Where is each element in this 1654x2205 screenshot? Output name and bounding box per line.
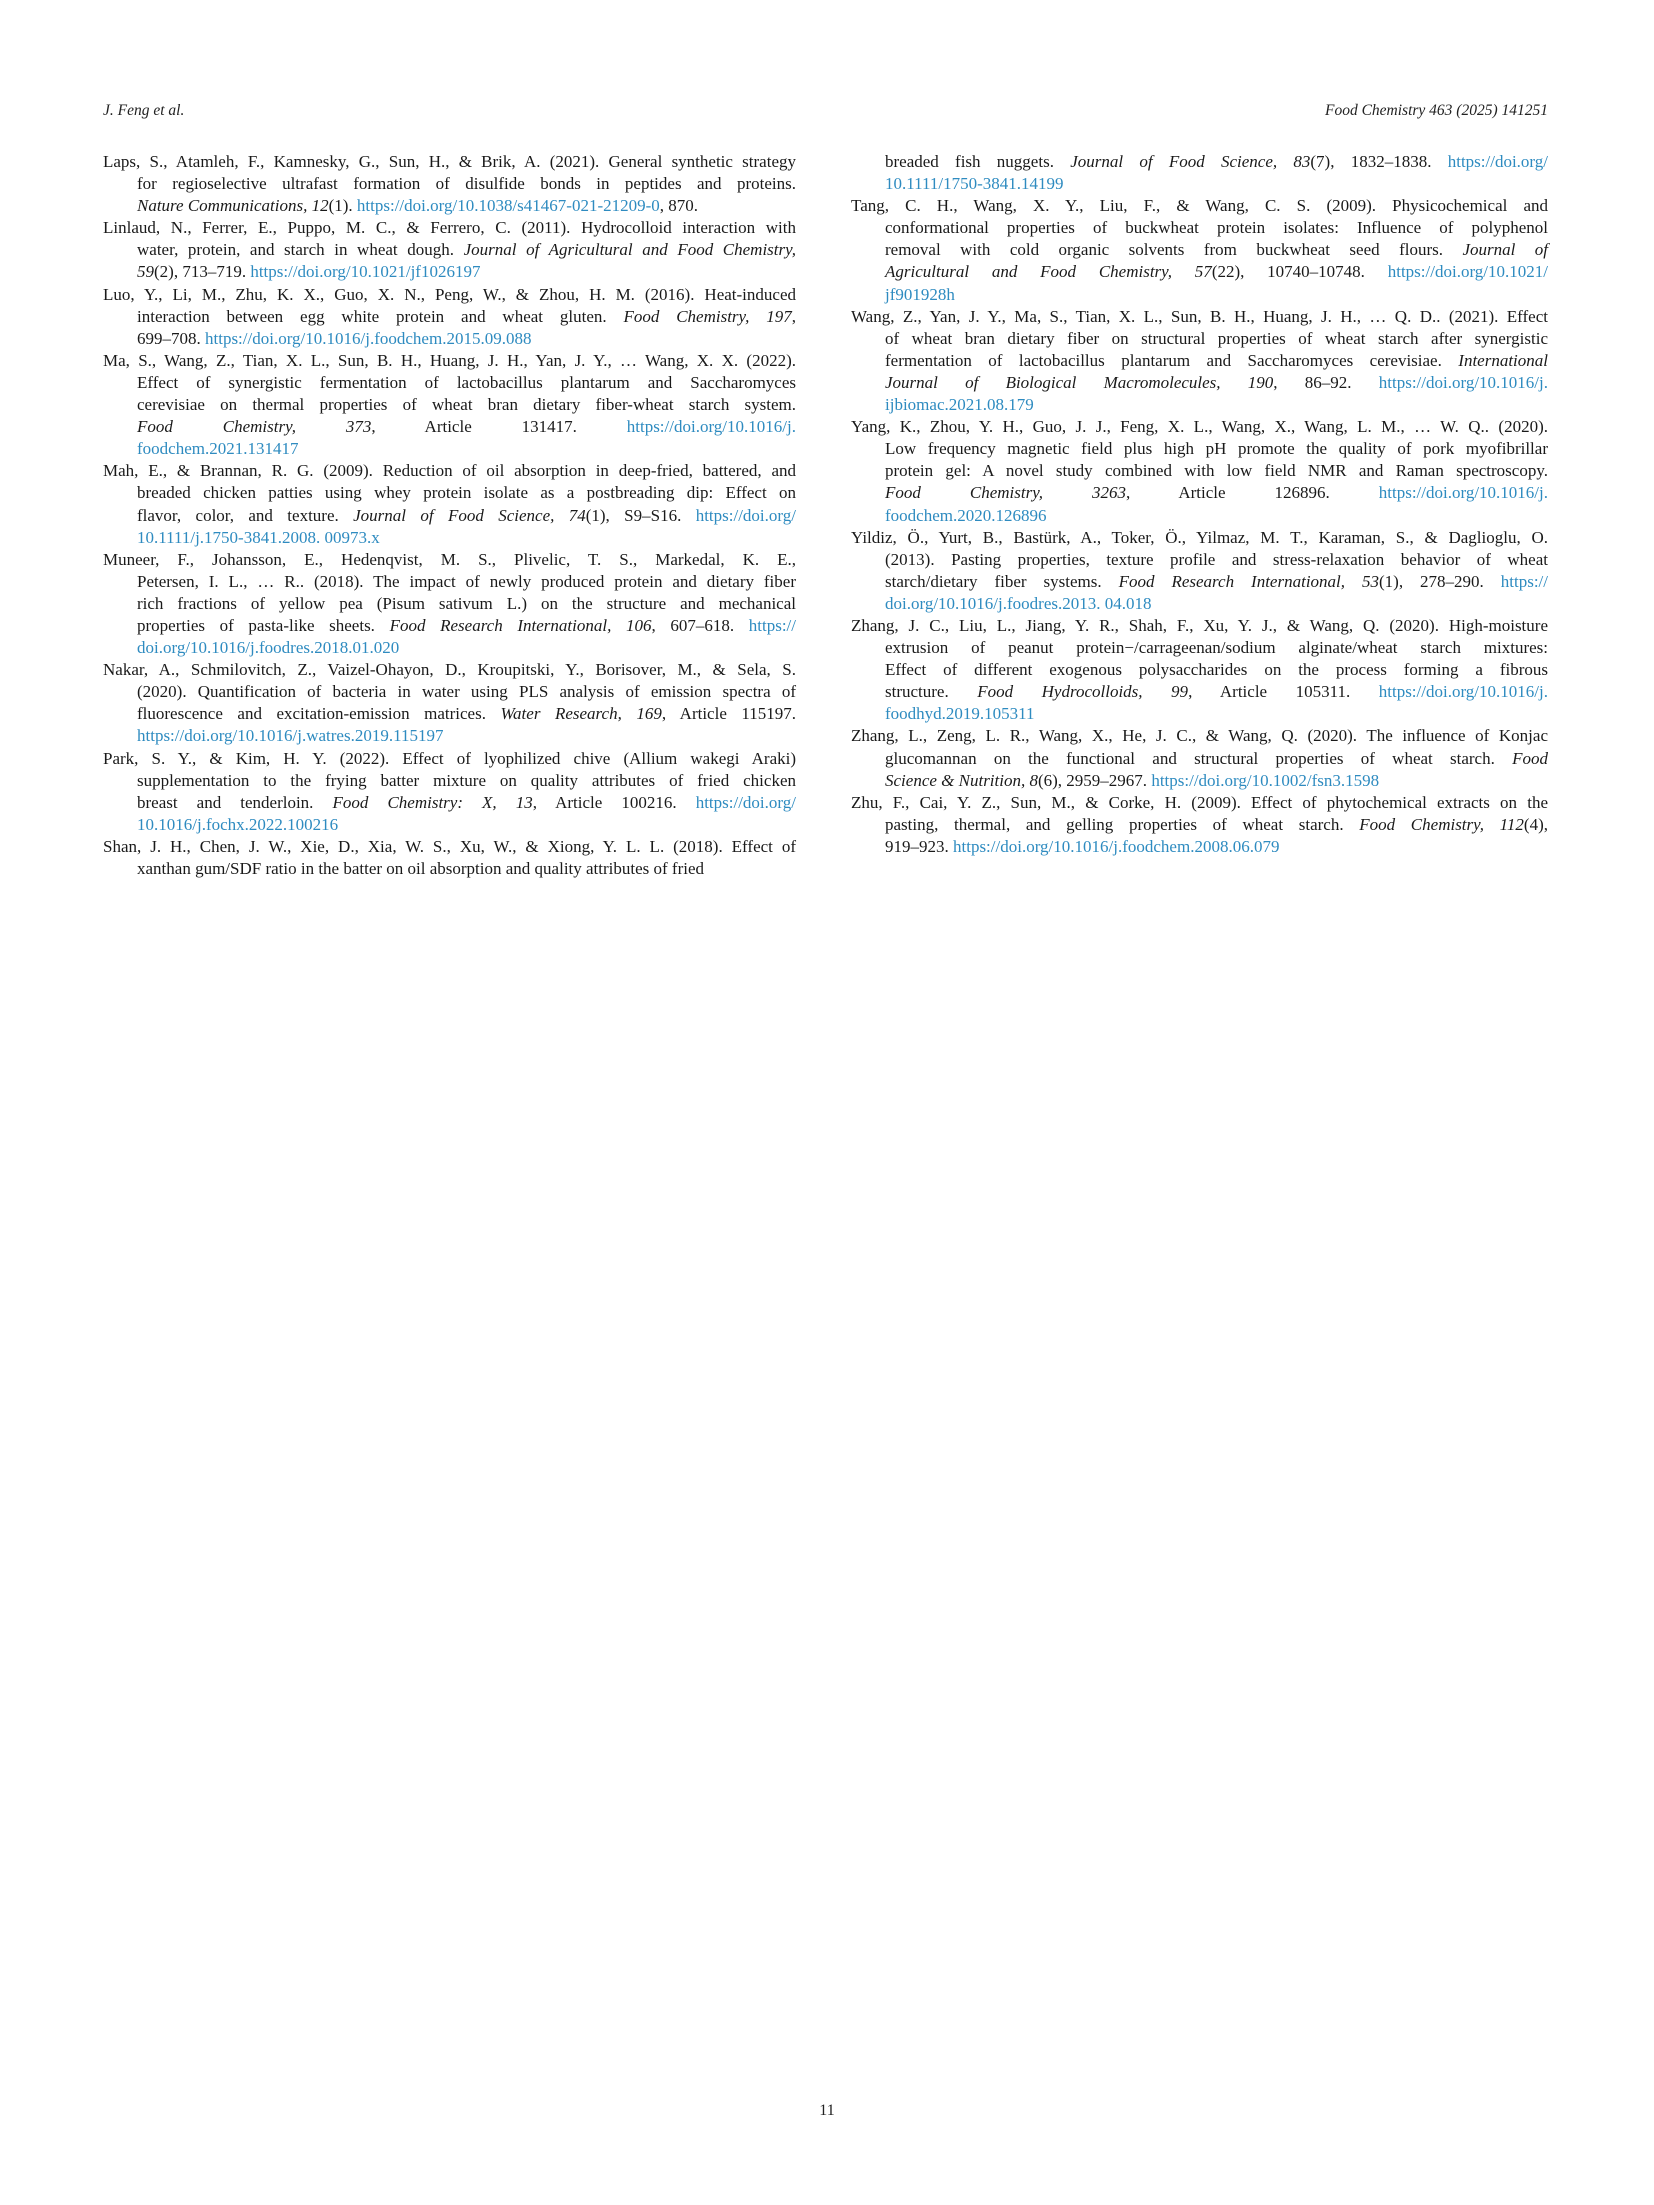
reference-line: jf901928h bbox=[851, 284, 1548, 306]
journal-title: Journal of Food Science, 83 bbox=[1070, 152, 1310, 171]
reference-text: protein gel: A novel study combined with… bbox=[885, 461, 1548, 480]
reference-line: ijbiomac.2021.08.179 bbox=[851, 394, 1548, 416]
reference-text: , 607–618. bbox=[651, 616, 748, 635]
reference-entry: Linlaud, N., Ferrer, E., Puppo, M. C., &… bbox=[103, 217, 796, 283]
reference-entry: Shan, J. H., Chen, J. W., Xie, D., Xia, … bbox=[103, 836, 796, 880]
running-header-journal: Food Chemistry 463 (2025) 141251 bbox=[1325, 100, 1548, 122]
reference-text: Petersen, I. L., … R.. (2018). The impac… bbox=[137, 572, 796, 591]
journal-title: Journal of Agricultural and Food Chemist… bbox=[464, 240, 796, 259]
reference-text: conformational properties of buckwheat p… bbox=[885, 218, 1548, 237]
reference-line: Park, S. Y., & Kim, H. Y. (2022). Effect… bbox=[103, 748, 796, 770]
reference-text: Muneer, F., Johansson, E., Hedenqvist, M… bbox=[103, 550, 796, 569]
reference-line: Zhu, F., Cai, Y. Z., Sun, M., & Corke, H… bbox=[851, 792, 1548, 814]
journal-title: Water Research, 169 bbox=[500, 704, 661, 723]
reference-line: Laps, S., Atamleh, F., Kamnesky, G., Sun… bbox=[103, 151, 796, 173]
reference-line: Food Chemistry, 373, Article 131417. htt… bbox=[103, 416, 796, 438]
references-right-column: breaded fish nuggets. Journal of Food Sc… bbox=[851, 151, 1548, 858]
reference-line: Nakar, A., Schmilovitch, Z., Vaizel-Ohay… bbox=[103, 659, 796, 681]
reference-entry: Laps, S., Atamleh, F., Kamnesky, G., Sun… bbox=[103, 151, 796, 217]
reference-text: Low frequency magnetic field plus high p… bbox=[885, 439, 1548, 458]
journal-title: Food Chemistry, 3263 bbox=[885, 483, 1126, 502]
reference-text: fluorescence and excitation-emission mat… bbox=[137, 704, 500, 723]
reference-text: (4), bbox=[1524, 815, 1548, 834]
reference-line: (2013). Pasting properties, texture prof… bbox=[851, 549, 1548, 571]
reference-text: Tang, C. H., Wang, X. Y., Liu, F., & Wan… bbox=[851, 196, 1548, 215]
reference-text: removal with cold organic solvents from … bbox=[885, 240, 1462, 259]
reference-entry: Zhang, J. C., Liu, L., Jiang, Y. R., Sha… bbox=[851, 615, 1548, 725]
reference-line: breaded chicken patties using whey prote… bbox=[103, 482, 796, 504]
reference-line: Agricultural and Food Chemistry, 57(22),… bbox=[851, 261, 1548, 283]
reference-line: Effect of synergistic fermentation of la… bbox=[103, 372, 796, 394]
reference-line: 699–708. https://doi.org/10.1016/j.foodc… bbox=[103, 328, 796, 350]
reference-line: xanthan gum/SDF ratio in the batter on o… bbox=[103, 858, 796, 880]
reference-line: of wheat bran dietary fiber on structura… bbox=[851, 328, 1548, 350]
doi-link[interactable]: foodchem.2020.126896 bbox=[885, 506, 1046, 525]
journal-title: Journal of Biological Macromolecules, 19… bbox=[885, 373, 1273, 392]
reference-line: breaded fish nuggets. Journal of Food Sc… bbox=[851, 151, 1548, 173]
reference-text: Zhu, F., Cai, Y. Z., Sun, M., & Corke, H… bbox=[851, 793, 1548, 812]
reference-text: , Article 100216. bbox=[533, 793, 696, 812]
reference-text: Shan, J. H., Chen, J. W., Xie, D., Xia, … bbox=[103, 837, 796, 856]
reference-line: foodchem.2021.131417 bbox=[103, 438, 796, 460]
doi-link[interactable]: https://doi.org/ bbox=[696, 506, 796, 525]
journal-title: Nature Communications, 12 bbox=[137, 196, 329, 215]
reference-line: (2020). Quantification of bacteria in wa… bbox=[103, 681, 796, 703]
reference-text: , bbox=[792, 307, 796, 326]
reference-line: Yang, K., Zhou, Y. H., Guo, J. J., Feng,… bbox=[851, 416, 1548, 438]
reference-text: of wheat bran dietary fiber on structura… bbox=[885, 329, 1548, 348]
reference-line: rich fractions of yellow pea (Pisum sati… bbox=[103, 593, 796, 615]
doi-link[interactable]: https://doi.org/ bbox=[1448, 152, 1548, 171]
reference-line: Science & Nutrition, 8(6), 2959–2967. ht… bbox=[851, 770, 1548, 792]
reference-text: water, protein, and starch in wheat doug… bbox=[137, 240, 464, 259]
reference-line: glucomannan on the functional and struct… bbox=[851, 748, 1548, 770]
reference-line: Ma, S., Wang, Z., Tian, X. L., Sun, B. H… bbox=[103, 350, 796, 372]
doi-link[interactable]: 10.1111/1750-3841.14199 bbox=[885, 174, 1064, 193]
reference-text: Yang, K., Zhou, Y. H., Guo, J. J., Feng,… bbox=[851, 417, 1548, 436]
reference-entry: Yang, K., Zhou, Y. H., Guo, J. J., Feng,… bbox=[851, 416, 1548, 526]
reference-text: (2), 713–719. bbox=[154, 262, 250, 281]
reference-text: breast and tenderloin. bbox=[137, 793, 333, 812]
journal-title: Science & Nutrition, 8 bbox=[885, 771, 1038, 790]
reference-line: water, protein, and starch in wheat doug… bbox=[103, 239, 796, 261]
journal-title: Food Chemistry: X, 13 bbox=[333, 793, 533, 812]
reference-entry: Nakar, A., Schmilovitch, Z., Vaizel-Ohay… bbox=[103, 659, 796, 747]
reference-line: foodchem.2020.126896 bbox=[851, 505, 1548, 527]
reference-text: structure. bbox=[885, 682, 977, 701]
reference-text: Zhang, J. C., Liu, L., Jiang, Y. R., Sha… bbox=[851, 616, 1548, 635]
reference-line: 10.1016/j.fochx.2022.100216 bbox=[103, 814, 796, 836]
reference-line: https://doi.org/10.1016/j.watres.2019.11… bbox=[103, 725, 796, 747]
reference-text: (1), S9–S16. bbox=[586, 506, 696, 525]
doi-link[interactable]: https://doi.org/10.1016/j. bbox=[1379, 483, 1548, 502]
doi-link[interactable]: 10.1111/j.1750-3841.2008. 00973.x bbox=[137, 528, 380, 547]
reference-line: Zhang, L., Zeng, L. R., Wang, X., He, J.… bbox=[851, 725, 1548, 747]
doi-link[interactable]: https:// bbox=[1501, 572, 1548, 591]
reference-text: breaded fish nuggets. bbox=[885, 152, 1070, 171]
reference-text: Yildiz, Ö., Yurt, B., Bastürk, A., Toker… bbox=[851, 528, 1548, 547]
reference-line: pasting, thermal, and gelling properties… bbox=[851, 814, 1548, 836]
reference-text: , Article 105311. bbox=[1188, 682, 1379, 701]
reference-text: , 870. bbox=[660, 196, 698, 215]
reference-text: (1), 278–290. bbox=[1379, 572, 1501, 591]
reference-line: Wang, Z., Yan, J. Y., Ma, S., Tian, X. L… bbox=[851, 306, 1548, 328]
reference-text: xanthan gum/SDF ratio in the batter on o… bbox=[137, 859, 704, 878]
reference-line: 59(2), 713–719. https://doi.org/10.1021/… bbox=[103, 261, 796, 283]
journal-title: Journal of Food Science, 74 bbox=[353, 506, 586, 525]
reference-text: Mah, E., & Brannan, R. G. (2009). Reduct… bbox=[103, 461, 796, 480]
journal-title: Food bbox=[1512, 749, 1548, 768]
reference-text: Effect of different exogenous polysaccha… bbox=[885, 660, 1548, 679]
journal-title: 59 bbox=[137, 262, 154, 281]
reference-line: flavor, color, and texture. Journal of F… bbox=[103, 505, 796, 527]
reference-text: , Article 115197. bbox=[662, 704, 796, 723]
reference-text: rich fractions of yellow pea (Pisum sati… bbox=[137, 594, 796, 613]
reference-text: Ma, S., Wang, Z., Tian, X. L., Sun, B. H… bbox=[103, 351, 796, 370]
reference-entry: Luo, Y., Li, M., Zhu, K. X., Guo, X. N.,… bbox=[103, 284, 796, 350]
reference-line: doi.org/10.1016/j.foodres.2018.01.020 bbox=[103, 637, 796, 659]
doi-link[interactable]: foodchem.2021.131417 bbox=[137, 439, 298, 458]
doi-link[interactable]: https://doi.org/10.1016/j.foodchem.2015.… bbox=[205, 329, 531, 348]
journal-title: Food Chemistry, 197 bbox=[623, 307, 791, 326]
doi-link[interactable]: https://doi.org/10.1016/j.foodchem.2008.… bbox=[953, 837, 1279, 856]
journal-title: International bbox=[1458, 351, 1548, 370]
reference-text: (2013). Pasting properties, texture prof… bbox=[885, 550, 1548, 569]
doi-link[interactable]: https://doi.org/10.1016/j. bbox=[627, 417, 796, 436]
reference-line: Food Chemistry, 3263, Article 126896. ht… bbox=[851, 482, 1548, 504]
reference-text: fermentation of lactobacillus plantarum … bbox=[885, 351, 1458, 370]
reference-line: Shan, J. H., Chen, J. W., Xie, D., Xia, … bbox=[103, 836, 796, 858]
reference-line: Luo, Y., Li, M., Zhu, K. X., Guo, X. N.,… bbox=[103, 284, 796, 306]
page-number: 11 bbox=[0, 2100, 1654, 2122]
journal-title: Food Research International, 106 bbox=[390, 616, 652, 635]
reference-text: 919–923. bbox=[885, 837, 953, 856]
reference-text: (2020). Quantification of bacteria in wa… bbox=[137, 682, 796, 701]
doi-link[interactable]: doi.org/10.1016/j.foodres.2018.01.020 bbox=[137, 638, 399, 657]
reference-line: extrusion of peanut protein−/carrageenan… bbox=[851, 637, 1548, 659]
reference-line: Petersen, I. L., … R.. (2018). The impac… bbox=[103, 571, 796, 593]
reference-line: Zhang, J. C., Liu, L., Jiang, Y. R., Sha… bbox=[851, 615, 1548, 637]
reference-text: flavor, color, and texture. bbox=[137, 506, 353, 525]
reference-text: cerevisiae on thermal properties of whea… bbox=[137, 395, 796, 414]
reference-line: Nature Communications, 12(1). https://do… bbox=[103, 195, 796, 217]
doi-link[interactable]: https://doi.org/10.1021/ bbox=[1388, 262, 1548, 281]
reference-line: Mah, E., & Brannan, R. G. (2009). Reduct… bbox=[103, 460, 796, 482]
reference-text: Laps, S., Atamleh, F., Kamnesky, G., Sun… bbox=[103, 152, 796, 171]
reference-text: Wang, Z., Yan, J. Y., Ma, S., Tian, X. L… bbox=[851, 307, 1548, 326]
reference-text: Zhang, L., Zeng, L. R., Wang, X., He, J.… bbox=[851, 726, 1548, 745]
reference-line: 919–923. https://doi.org/10.1016/j.foodc… bbox=[851, 836, 1548, 858]
reference-line: protein gel: A novel study combined with… bbox=[851, 460, 1548, 482]
reference-line: removal with cold organic solvents from … bbox=[851, 239, 1548, 261]
reference-text: Luo, Y., Li, M., Zhu, K. X., Guo, X. N.,… bbox=[103, 285, 796, 304]
reference-line: breast and tenderloin. Food Chemistry: X… bbox=[103, 792, 796, 814]
journal-title: Food Chemistry, 112 bbox=[1359, 815, 1524, 834]
reference-text: extrusion of peanut protein−/carrageenan… bbox=[885, 638, 1548, 657]
reference-entry: Yildiz, Ö., Yurt, B., Bastürk, A., Toker… bbox=[851, 527, 1548, 615]
reference-line: structure. Food Hydrocolloids, 99, Artic… bbox=[851, 681, 1548, 703]
reference-line: 10.1111/1750-3841.14199 bbox=[851, 173, 1548, 195]
doi-link[interactable]: 10.1016/j.fochx.2022.100216 bbox=[137, 815, 338, 834]
reference-entry: Wang, Z., Yan, J. Y., Ma, S., Tian, X. L… bbox=[851, 306, 1548, 416]
reference-text: supplementation to the frying batter mix… bbox=[137, 771, 796, 790]
reference-entry: Ma, S., Wang, Z., Tian, X. L., Sun, B. H… bbox=[103, 350, 796, 460]
reference-text: (6), 2959–2967. bbox=[1038, 771, 1151, 790]
reference-text: , Article 131417. bbox=[371, 417, 626, 436]
reference-text: interaction between egg white protein an… bbox=[137, 307, 623, 326]
reference-line: Effect of different exogenous polysaccha… bbox=[851, 659, 1548, 681]
doi-link[interactable]: https://doi.org/10.1016/j. bbox=[1379, 682, 1548, 701]
reference-line: properties of pasta-like sheets. Food Re… bbox=[103, 615, 796, 637]
journal-title: Food Chemistry, 373 bbox=[137, 417, 371, 436]
reference-text: , Article 126896. bbox=[1126, 483, 1379, 502]
reference-line: foodhyd.2019.105311 bbox=[851, 703, 1548, 725]
reference-text: starch/dietary fiber systems. bbox=[885, 572, 1119, 591]
reference-text: 699–708. bbox=[137, 329, 205, 348]
reference-line: supplementation to the frying batter mix… bbox=[103, 770, 796, 792]
reference-text: Nakar, A., Schmilovitch, Z., Vaizel-Ohay… bbox=[103, 660, 796, 679]
reference-text: properties of pasta-like sheets. bbox=[137, 616, 390, 635]
doi-link[interactable]: https://doi.org/10.1016/j.watres.2019.11… bbox=[137, 726, 443, 745]
doi-link[interactable]: doi.org/10.1016/j.foodres.2013. 04.018 bbox=[885, 594, 1151, 613]
doi-link[interactable]: jf901928h bbox=[885, 285, 955, 304]
reference-text: for regioselective ultrafast formation o… bbox=[137, 174, 796, 193]
reference-line: Tang, C. H., Wang, X. Y., Liu, F., & Wan… bbox=[851, 195, 1548, 217]
reference-line: conformational properties of buckwheat p… bbox=[851, 217, 1548, 239]
reference-text: (22), 10740–10748. bbox=[1212, 262, 1388, 281]
journal-title: Food Research International, 53 bbox=[1119, 572, 1379, 591]
reference-text: Linlaud, N., Ferrer, E., Puppo, M. C., &… bbox=[103, 218, 796, 237]
doi-link[interactable]: https://doi.org/10.1002/fsn3.1598 bbox=[1151, 771, 1379, 790]
reference-text: breaded chicken patties using whey prote… bbox=[137, 483, 796, 502]
reference-entry: Tang, C. H., Wang, X. Y., Liu, F., & Wan… bbox=[851, 195, 1548, 305]
reference-line: Muneer, F., Johansson, E., Hedenqvist, M… bbox=[103, 549, 796, 571]
reference-text: Park, S. Y., & Kim, H. Y. (2022). Effect… bbox=[103, 749, 796, 768]
reference-line: cerevisiae on thermal properties of whea… bbox=[103, 394, 796, 416]
reference-line: fluorescence and excitation-emission mat… bbox=[103, 703, 796, 725]
reference-entry: Mah, E., & Brannan, R. G. (2009). Reduct… bbox=[103, 460, 796, 548]
reference-line: doi.org/10.1016/j.foodres.2013. 04.018 bbox=[851, 593, 1548, 615]
doi-link[interactable]: https://doi.org/ bbox=[696, 793, 796, 812]
reference-line: starch/dietary fiber systems. Food Resea… bbox=[851, 571, 1548, 593]
journal-title: Journal of bbox=[1462, 240, 1548, 259]
reference-entry: Park, S. Y., & Kim, H. Y. (2022). Effect… bbox=[103, 748, 796, 836]
reference-entry: Muneer, F., Johansson, E., Hedenqvist, M… bbox=[103, 549, 796, 659]
reference-entry: breaded fish nuggets. Journal of Food Sc… bbox=[851, 151, 1548, 195]
reference-line: Linlaud, N., Ferrer, E., Puppo, M. C., &… bbox=[103, 217, 796, 239]
doi-link[interactable]: foodhyd.2019.105311 bbox=[885, 704, 1035, 723]
journal-title: Food Hydrocolloids, 99 bbox=[977, 682, 1188, 701]
reference-text: (7), 1832–1838. bbox=[1310, 152, 1447, 171]
reference-line: Low frequency magnetic field plus high p… bbox=[851, 438, 1548, 460]
reference-text: , 86–92. bbox=[1273, 373, 1378, 392]
reference-entry: Zhang, L., Zeng, L. R., Wang, X., He, J.… bbox=[851, 725, 1548, 791]
doi-link[interactable]: ijbiomac.2021.08.179 bbox=[885, 395, 1034, 414]
journal-title: Agricultural and Food Chemistry, 57 bbox=[885, 262, 1212, 281]
reference-line: Journal of Biological Macromolecules, 19… bbox=[851, 372, 1548, 394]
running-header-authors: J. Feng et al. bbox=[103, 100, 184, 122]
reference-line: interaction between egg white protein an… bbox=[103, 306, 796, 328]
doi-link[interactable]: https://doi.org/10.1038/s41467-021-21209… bbox=[357, 196, 660, 215]
reference-line: 10.1111/j.1750-3841.2008. 00973.x bbox=[103, 527, 796, 549]
reference-text: pasting, thermal, and gelling properties… bbox=[885, 815, 1359, 834]
reference-text: Effect of synergistic fermentation of la… bbox=[137, 373, 796, 392]
reference-text: glucomannan on the functional and struct… bbox=[885, 749, 1512, 768]
doi-link[interactable]: https:// bbox=[749, 616, 796, 635]
reference-line: for regioselective ultrafast formation o… bbox=[103, 173, 796, 195]
reference-line: Yildiz, Ö., Yurt, B., Bastürk, A., Toker… bbox=[851, 527, 1548, 549]
reference-text: (1). bbox=[329, 196, 357, 215]
references-left-column: Laps, S., Atamleh, F., Kamnesky, G., Sun… bbox=[103, 151, 796, 880]
doi-link[interactable]: https://doi.org/10.1021/jf1026197 bbox=[250, 262, 480, 281]
reference-line: fermentation of lactobacillus plantarum … bbox=[851, 350, 1548, 372]
reference-entry: Zhu, F., Cai, Y. Z., Sun, M., & Corke, H… bbox=[851, 792, 1548, 858]
doi-link[interactable]: https://doi.org/10.1016/j. bbox=[1379, 373, 1548, 392]
